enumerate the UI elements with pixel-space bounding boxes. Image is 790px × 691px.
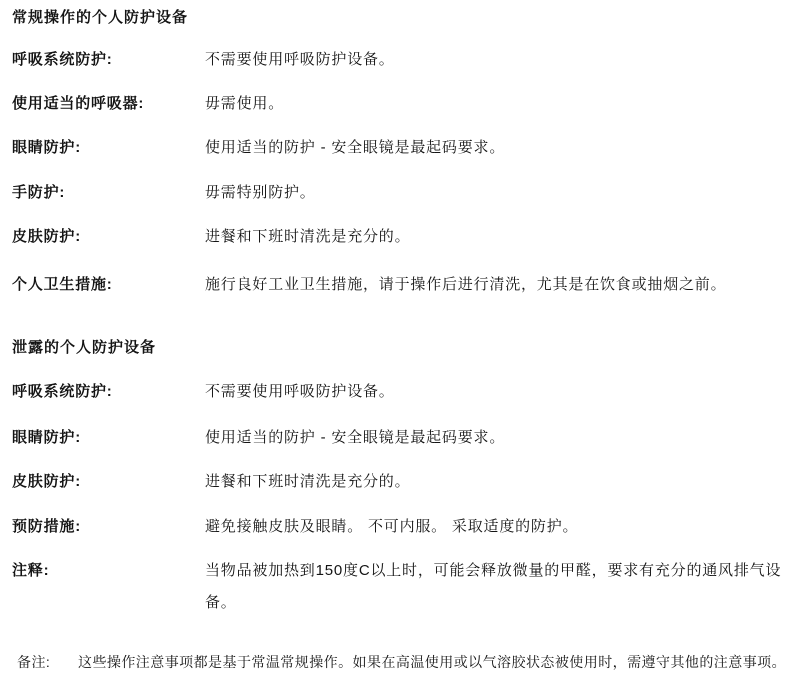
field-label: 皮肤防护:	[12, 466, 205, 498]
field-row: 眼睛防护: 使用适当的防护 - 安全眼镜是最起码要求。	[12, 132, 788, 164]
field-row: 眼睛防护: 使用适当的防护 - 安全眼镜是最起码要求。	[12, 422, 788, 454]
field-label: 手防护:	[12, 177, 205, 209]
field-label: 呼吸系统防护:	[12, 376, 205, 408]
field-row: 使用适当的呼吸器: 毋需使用。	[12, 88, 788, 120]
field-value: 不需要使用呼吸防护设备。	[205, 44, 788, 76]
field-value: 使用适当的防护 - 安全眼镜是最起码要求。	[205, 132, 788, 164]
footnote-label: 备注:	[17, 654, 78, 670]
field-row: 个人卫生措施: 施行良好工业卫生措施，请于操作后进行清洗，尤其是在饮食或抽烟之前…	[12, 269, 788, 301]
footnote-text: 这些操作注意事项都是基于常温常规操作。如果在高温使用或以气溶胶状态被使用时，需遵…	[78, 654, 788, 670]
section-heading: 常规操作的个人防护设备	[12, 10, 788, 26]
ppe-section: 常规操作的个人防护设备 呼吸系统防护: 不需要使用呼吸防护设备。 使用适当的呼吸…	[12, 10, 788, 301]
field-label: 个人卫生措施:	[12, 269, 205, 301]
field-value: 避免接触皮肤及眼睛。 不可内服。 采取适度的防护。	[205, 511, 788, 543]
field-row: 皮肤防护: 进餐和下班时清洗是充分的。	[12, 466, 788, 498]
field-value: 进餐和下班时清洗是充分的。	[205, 221, 788, 253]
footnote: 备注: 这些操作注意事项都是基于常温常规操作。如果在高温使用或以气溶胶状态被使用…	[17, 654, 788, 670]
field-label: 预防措施:	[12, 511, 205, 543]
field-label: 眼睛防护:	[12, 132, 205, 164]
field-row: 呼吸系统防护: 不需要使用呼吸防护设备。	[12, 376, 788, 408]
field-label: 注释:	[12, 555, 205, 587]
section-rows: 呼吸系统防护: 不需要使用呼吸防护设备。 眼睛防护: 使用适当的防护 - 安全眼…	[12, 376, 788, 619]
field-label: 眼睛防护:	[12, 422, 205, 454]
field-row: 呼吸系统防护: 不需要使用呼吸防护设备。	[12, 44, 788, 76]
ppe-section: 泄露的个人防护设备 呼吸系统防护: 不需要使用呼吸防护设备。 眼睛防护: 使用适…	[12, 340, 788, 619]
section-rows: 呼吸系统防护: 不需要使用呼吸防护设备。 使用适当的呼吸器: 毋需使用。 眼睛防…	[12, 44, 788, 301]
document-page: 常规操作的个人防护设备 呼吸系统防护: 不需要使用呼吸防护设备。 使用适当的呼吸…	[0, 0, 790, 691]
field-value: 毋需特别防护。	[205, 177, 788, 209]
field-value: 当物品被加热到150度C以上时，可能会释放微量的甲醛，要求有充分的通风排气设备。	[205, 555, 788, 619]
field-row: 注释: 当物品被加热到150度C以上时，可能会释放微量的甲醛，要求有充分的通风排…	[12, 555, 788, 619]
sections-container: 常规操作的个人防护设备 呼吸系统防护: 不需要使用呼吸防护设备。 使用适当的呼吸…	[12, 10, 788, 619]
field-value: 施行良好工业卫生措施，请于操作后进行清洗，尤其是在饮食或抽烟之前。	[205, 269, 788, 301]
field-label: 使用适当的呼吸器:	[12, 88, 205, 120]
field-value: 不需要使用呼吸防护设备。	[205, 376, 788, 408]
field-row: 皮肤防护: 进餐和下班时清洗是充分的。	[12, 221, 788, 253]
field-value: 进餐和下班时清洗是充分的。	[205, 466, 788, 498]
field-label: 呼吸系统防护:	[12, 44, 205, 76]
field-value: 毋需使用。	[205, 88, 788, 120]
section-heading: 泄露的个人防护设备	[12, 340, 788, 356]
field-row: 手防护: 毋需特别防护。	[12, 177, 788, 209]
field-row: 预防措施: 避免接触皮肤及眼睛。 不可内服。 采取适度的防护。	[12, 511, 788, 543]
field-value: 使用适当的防护 - 安全眼镜是最起码要求。	[205, 422, 788, 454]
field-label: 皮肤防护:	[12, 221, 205, 253]
